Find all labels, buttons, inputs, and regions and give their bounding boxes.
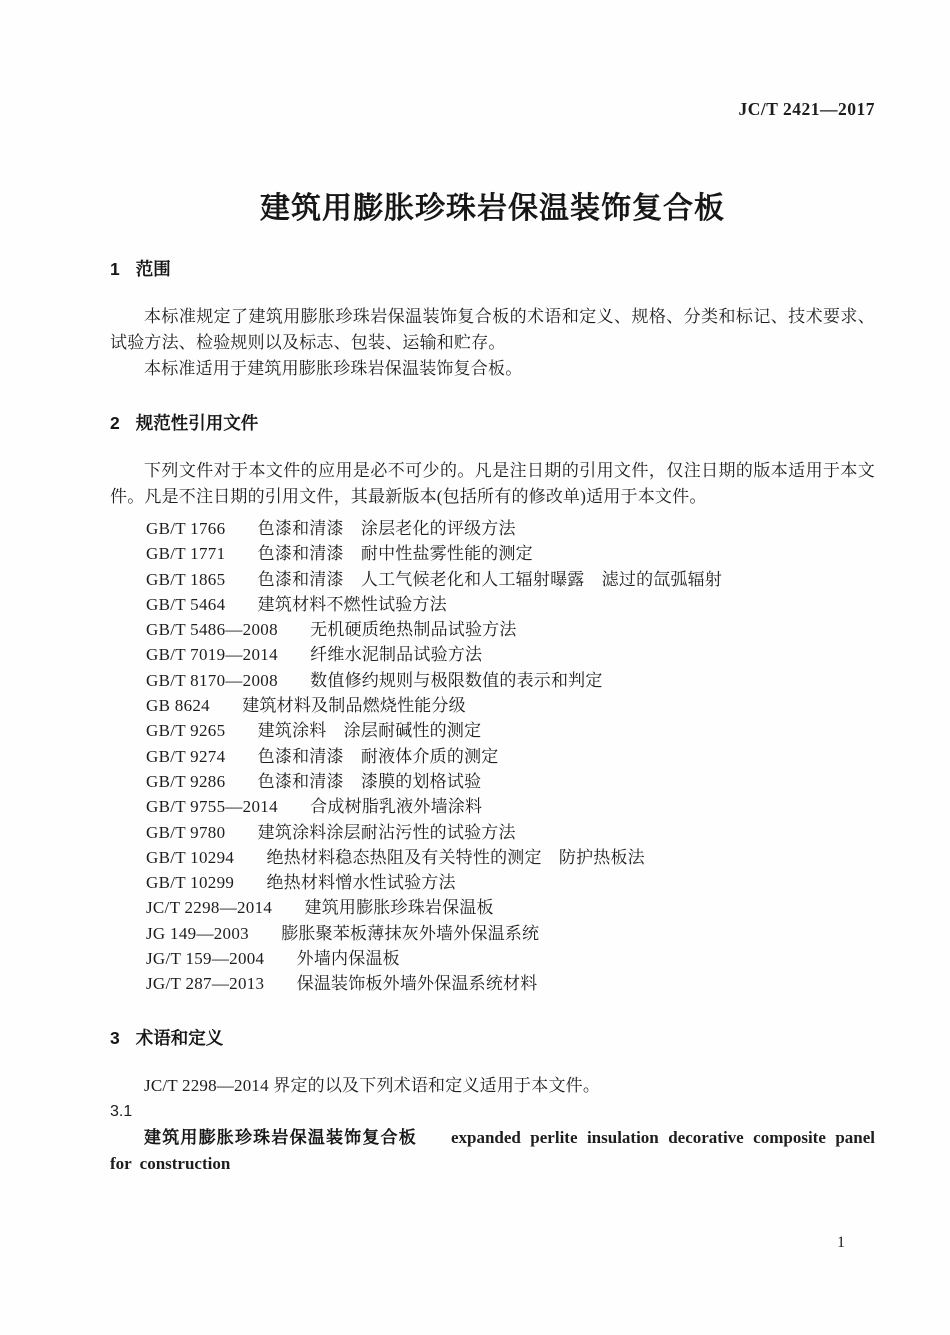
reference-item: GB 8624建筑材料及制品燃烧性能分级 <box>110 693 875 718</box>
reference-title: 色漆和清漆 耐液体介质的测定 <box>258 747 499 766</box>
reference-code: GB/T 5464 <box>146 595 225 614</box>
reference-code: GB/T 7019—2014 <box>146 645 278 664</box>
section-heading-references: 2规范性引用文件 <box>110 412 875 434</box>
reference-title: 色漆和清漆 人工气候老化和人工辐射曝露 滤过的氙弧辐射 <box>258 570 722 589</box>
reference-title: 膨胀聚苯板薄抹灰外墙外保温系统 <box>281 924 539 943</box>
reference-title: 色漆和清漆 漆膜的划格试验 <box>258 772 482 791</box>
reference-title: 建筑涂料 涂层耐碱性的测定 <box>258 721 482 740</box>
reference-title: 绝热材料稳态热阻及有关特性的测定 防护热板法 <box>266 848 644 867</box>
reference-code: GB/T 9780 <box>146 823 225 842</box>
reference-title: 数值修约规则与极限数值的表示和判定 <box>310 671 602 690</box>
paragraph-scope-2: 本标准适用于建筑用膨胀珍珠岩保温装饰复合板。 <box>110 356 875 382</box>
section-terms: 3术语和定义 JC/T 2298—2014 界定的以及下列术语和定义适用于本文件… <box>110 1027 875 1177</box>
reference-item: JC/T 2298—2014建筑用膨胀珍珠岩保温板 <box>110 895 875 920</box>
reference-list: GB/T 1766色漆和清漆 涂层老化的评级方法 GB/T 1771色漆和清漆 … <box>110 516 875 997</box>
reference-item: GB/T 1766色漆和清漆 涂层老化的评级方法 <box>110 516 875 541</box>
document-title: 建筑用膨胀珍珠岩保温装饰复合板 <box>110 190 875 228</box>
reference-item: JG/T 287—2013保温装饰板外墙外保温系统材料 <box>110 971 875 996</box>
reference-code: GB/T 5486—2008 <box>146 620 278 639</box>
reference-title: 建筑涂料涂层耐沾污性的试验方法 <box>258 823 516 842</box>
section-heading-terms: 3术语和定义 <box>110 1027 875 1049</box>
reference-title: 合成树脂乳液外墙涂料 <box>310 797 482 816</box>
reference-title: 色漆和清漆 耐中性盐雾性能的测定 <box>258 544 533 563</box>
reference-code: JG 149—2003 <box>146 924 249 943</box>
reference-code: JG/T 159—2004 <box>146 949 264 968</box>
reference-code: GB/T 9755—2014 <box>146 797 278 816</box>
reference-item: GB/T 10299绝热材料憎水性试验方法 <box>110 870 875 895</box>
reference-item: GB/T 7019—2014纤维水泥制品试验方法 <box>110 642 875 667</box>
standard-number: JC/T 2421—2017 <box>739 99 875 119</box>
section-title: 规范性引用文件 <box>136 413 259 433</box>
reference-item: GB/T 1771色漆和清漆 耐中性盐雾性能的测定 <box>110 541 875 566</box>
reference-code: GB/T 1865 <box>146 570 225 589</box>
reference-code: GB/T 10299 <box>146 873 234 892</box>
reference-item: GB/T 1865色漆和清漆 人工气候老化和人工辐射曝露 滤过的氙弧辐射 <box>110 567 875 592</box>
reference-item: GB/T 10294绝热材料稳态热阻及有关特性的测定 防护热板法 <box>110 845 875 870</box>
reference-item: GB/T 9265建筑涂料 涂层耐碱性的测定 <box>110 718 875 743</box>
reference-title: 纤维水泥制品试验方法 <box>310 645 482 664</box>
reference-item: JG/T 159—2004外墙内保温板 <box>110 946 875 971</box>
reference-title: 建筑材料及制品燃烧性能分级 <box>242 696 466 715</box>
reference-item: GB/T 9755—2014合成树脂乳液外墙涂料 <box>110 794 875 819</box>
reference-code: GB/T 1771 <box>146 544 225 563</box>
reference-title: 外墙内保温板 <box>297 949 400 968</box>
reference-title: 保温装饰板外墙外保温系统材料 <box>297 974 538 993</box>
section-scope: 1范围 本标准规定了建筑用膨胀珍珠岩保温装饰复合板的术语和定义、规格、分类和标记… <box>110 258 875 382</box>
paragraph-scope-1: 本标准规定了建筑用膨胀珍珠岩保温装饰复合板的术语和定义、规格、分类和标记、技术要… <box>110 304 875 356</box>
document-page: JC/T 2421—2017 建筑用膨胀珍珠岩保温装饰复合板 1范围 本标准规定… <box>0 0 950 1335</box>
section-normative-references: 2规范性引用文件 下列文件对于本文件的应用是必不可少的。凡是注日期的引用文件，仅… <box>110 412 875 997</box>
section-number: 2 <box>110 413 120 433</box>
reference-title: 无机硬质绝热制品试验方法 <box>310 620 516 639</box>
reference-code: GB/T 1766 <box>146 519 225 538</box>
section-title: 术语和定义 <box>136 1028 224 1048</box>
reference-item: GB/T 5486—2008无机硬质绝热制品试验方法 <box>110 617 875 642</box>
reference-title: 色漆和清漆 涂层老化的评级方法 <box>258 519 516 538</box>
reference-code: GB 8624 <box>146 696 210 715</box>
page-header: JC/T 2421—2017 <box>110 98 875 120</box>
reference-item: GB/T 8170—2008数值修约规则与极限数值的表示和判定 <box>110 668 875 693</box>
reference-item: JG 149—2003膨胀聚苯板薄抹灰外墙外保温系统 <box>110 921 875 946</box>
reference-item: GB/T 9286色漆和清漆 漆膜的划格试验 <box>110 769 875 794</box>
reference-code: GB/T 9274 <box>146 747 225 766</box>
paragraph-references-intro: 下列文件对于本文件的应用是必不可少的。凡是注日期的引用文件，仅注日期的版本适用于… <box>110 458 875 510</box>
page-number: 1 <box>837 1230 845 1256</box>
reference-title: 建筑用膨胀珍珠岩保温板 <box>305 898 494 917</box>
section-heading-scope: 1范围 <box>110 258 875 280</box>
reference-code: GB/T 10294 <box>146 848 234 867</box>
reference-code: GB/T 8170—2008 <box>146 671 278 690</box>
term-definition: 建筑用膨胀珍珠岩保温装饰复合板expanded perlite insulati… <box>110 1125 875 1177</box>
section-number: 1 <box>110 259 120 279</box>
paragraph-terms-intro: JC/T 2298—2014 界定的以及下列术语和定义适用于本文件。 <box>110 1073 875 1099</box>
reference-item: GB/T 9780建筑涂料涂层耐沾污性的试验方法 <box>110 820 875 845</box>
reference-title: 建筑材料不燃性试验方法 <box>258 595 447 614</box>
reference-title: 绝热材料憎水性试验方法 <box>266 873 455 892</box>
reference-code: JC/T 2298—2014 <box>146 898 272 917</box>
section-number: 3 <box>110 1028 120 1048</box>
reference-item: GB/T 5464建筑材料不燃性试验方法 <box>110 592 875 617</box>
reference-code: JG/T 287—2013 <box>146 974 264 993</box>
reference-code: GB/T 9265 <box>146 721 225 740</box>
term-number: 3.1 <box>110 1099 875 1125</box>
term-chinese: 建筑用膨胀珍珠岩保温装饰复合板 <box>144 1128 417 1147</box>
reference-code: GB/T 9286 <box>146 772 225 791</box>
reference-item: GB/T 9274色漆和清漆 耐液体介质的测定 <box>110 744 875 769</box>
section-title: 范围 <box>136 259 171 279</box>
